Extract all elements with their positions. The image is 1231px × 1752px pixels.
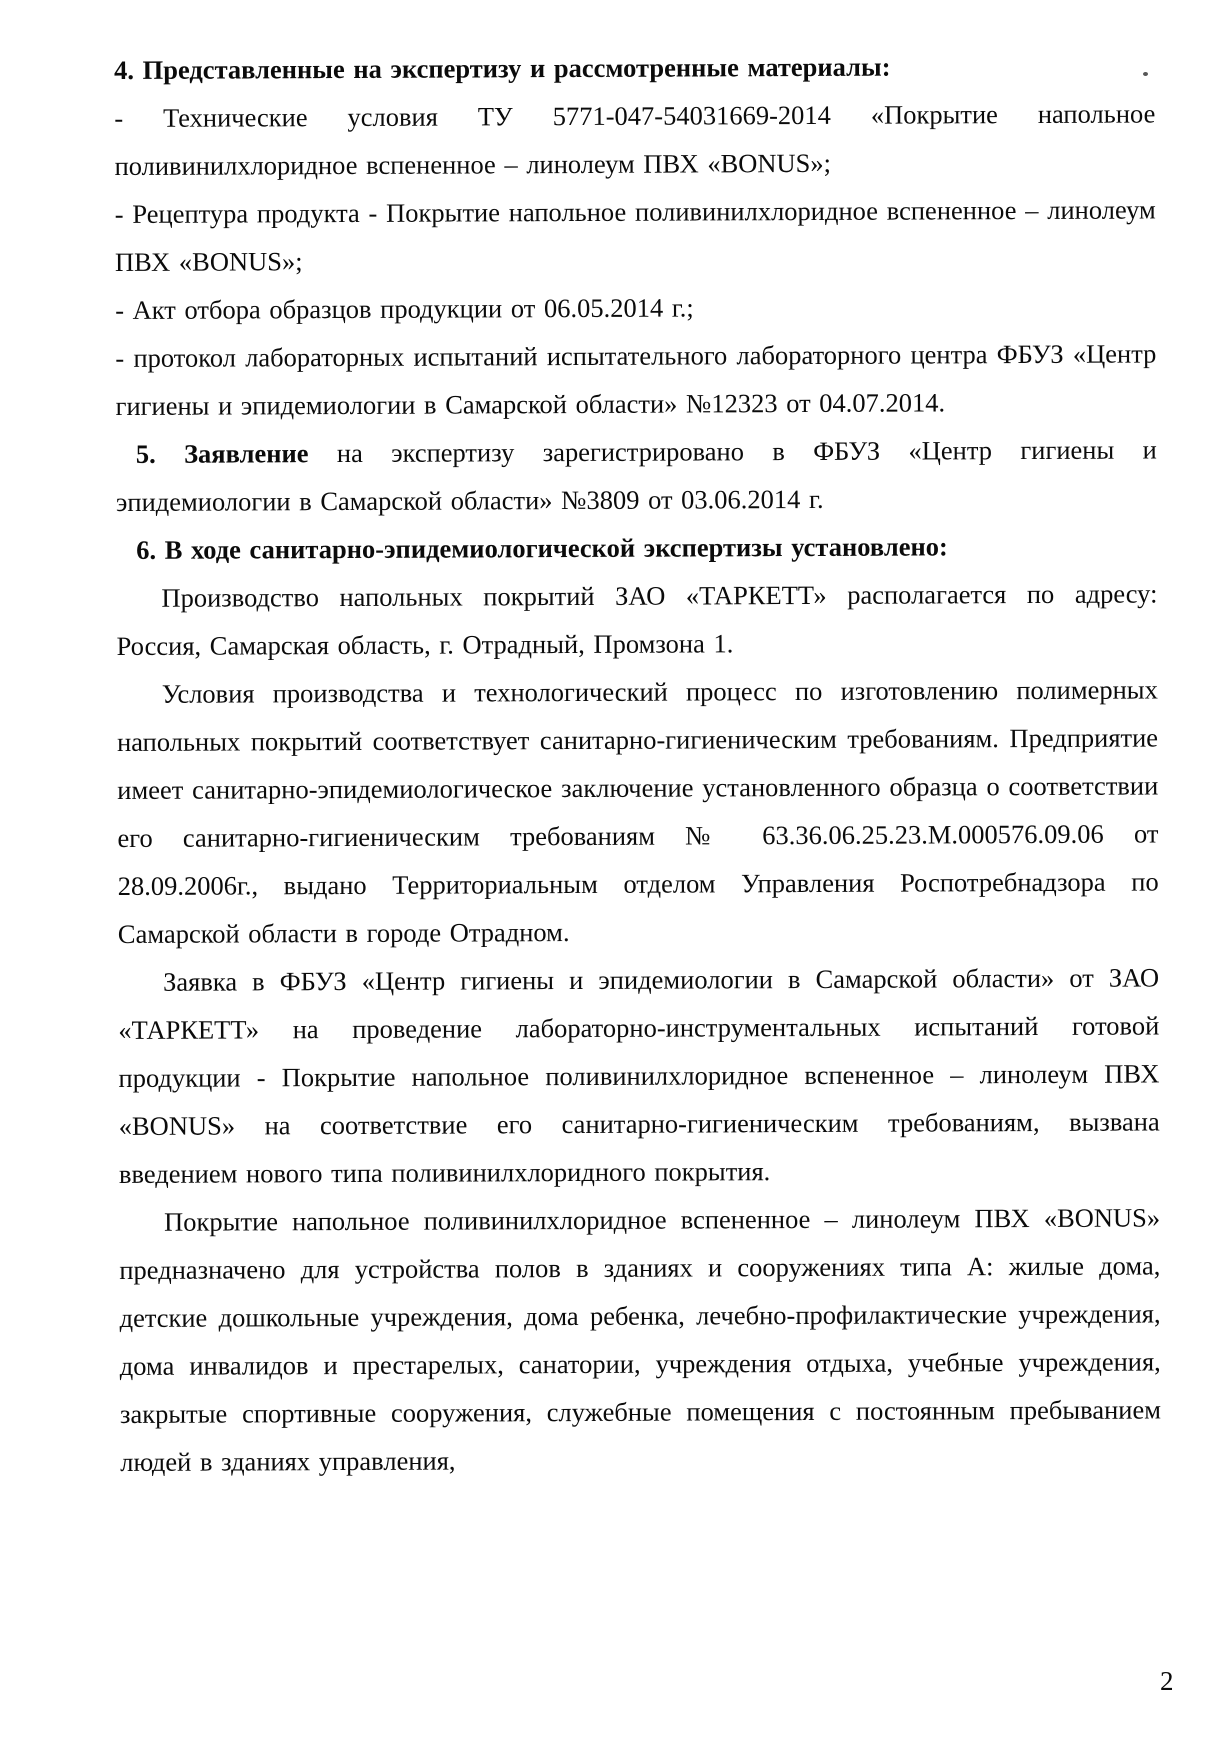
- section6-paragraph-application: Заявка в ФБУЗ «Центр гигиены и эпидемиол…: [118, 953, 1160, 1198]
- section6-paragraph-purpose: Покрытие напольное поливинилхлоридное вс…: [119, 1193, 1161, 1486]
- scan-artifact-dot: [1143, 72, 1148, 76]
- section6-paragraph-production-location: Производство напольных покрытий ЗАО «ТАР…: [116, 569, 1157, 670]
- page-number: 2: [1160, 1666, 1174, 1697]
- section6-paragraph-production-conditions: Условия производства и технологический п…: [117, 665, 1159, 958]
- section6-heading: 6. В ходе санитарно-эпидемиологической э…: [116, 521, 1157, 574]
- section4-heading: 4. Представленные на экспертизу и рассмо…: [114, 41, 1155, 94]
- section4-item-technical-conditions: - Технические условия ТУ 5771-047-540316…: [114, 89, 1155, 190]
- section5-paragraph: 5. Заявление на экспертизу зарегистриров…: [116, 425, 1157, 526]
- section5-lead: 5. Заявление: [136, 438, 309, 469]
- section4-item-recipe: - Рецептура продукта - Покрытие напольно…: [115, 185, 1156, 286]
- section4-item-lab-protocol: - протокол лабораторных испытаний испыта…: [115, 329, 1156, 430]
- section4-item-sampling-act: - Акт отбора образцов продукции от 06.05…: [115, 281, 1156, 334]
- document-text-block: 4. Представленные на экспертизу и рассмо…: [114, 41, 1161, 1486]
